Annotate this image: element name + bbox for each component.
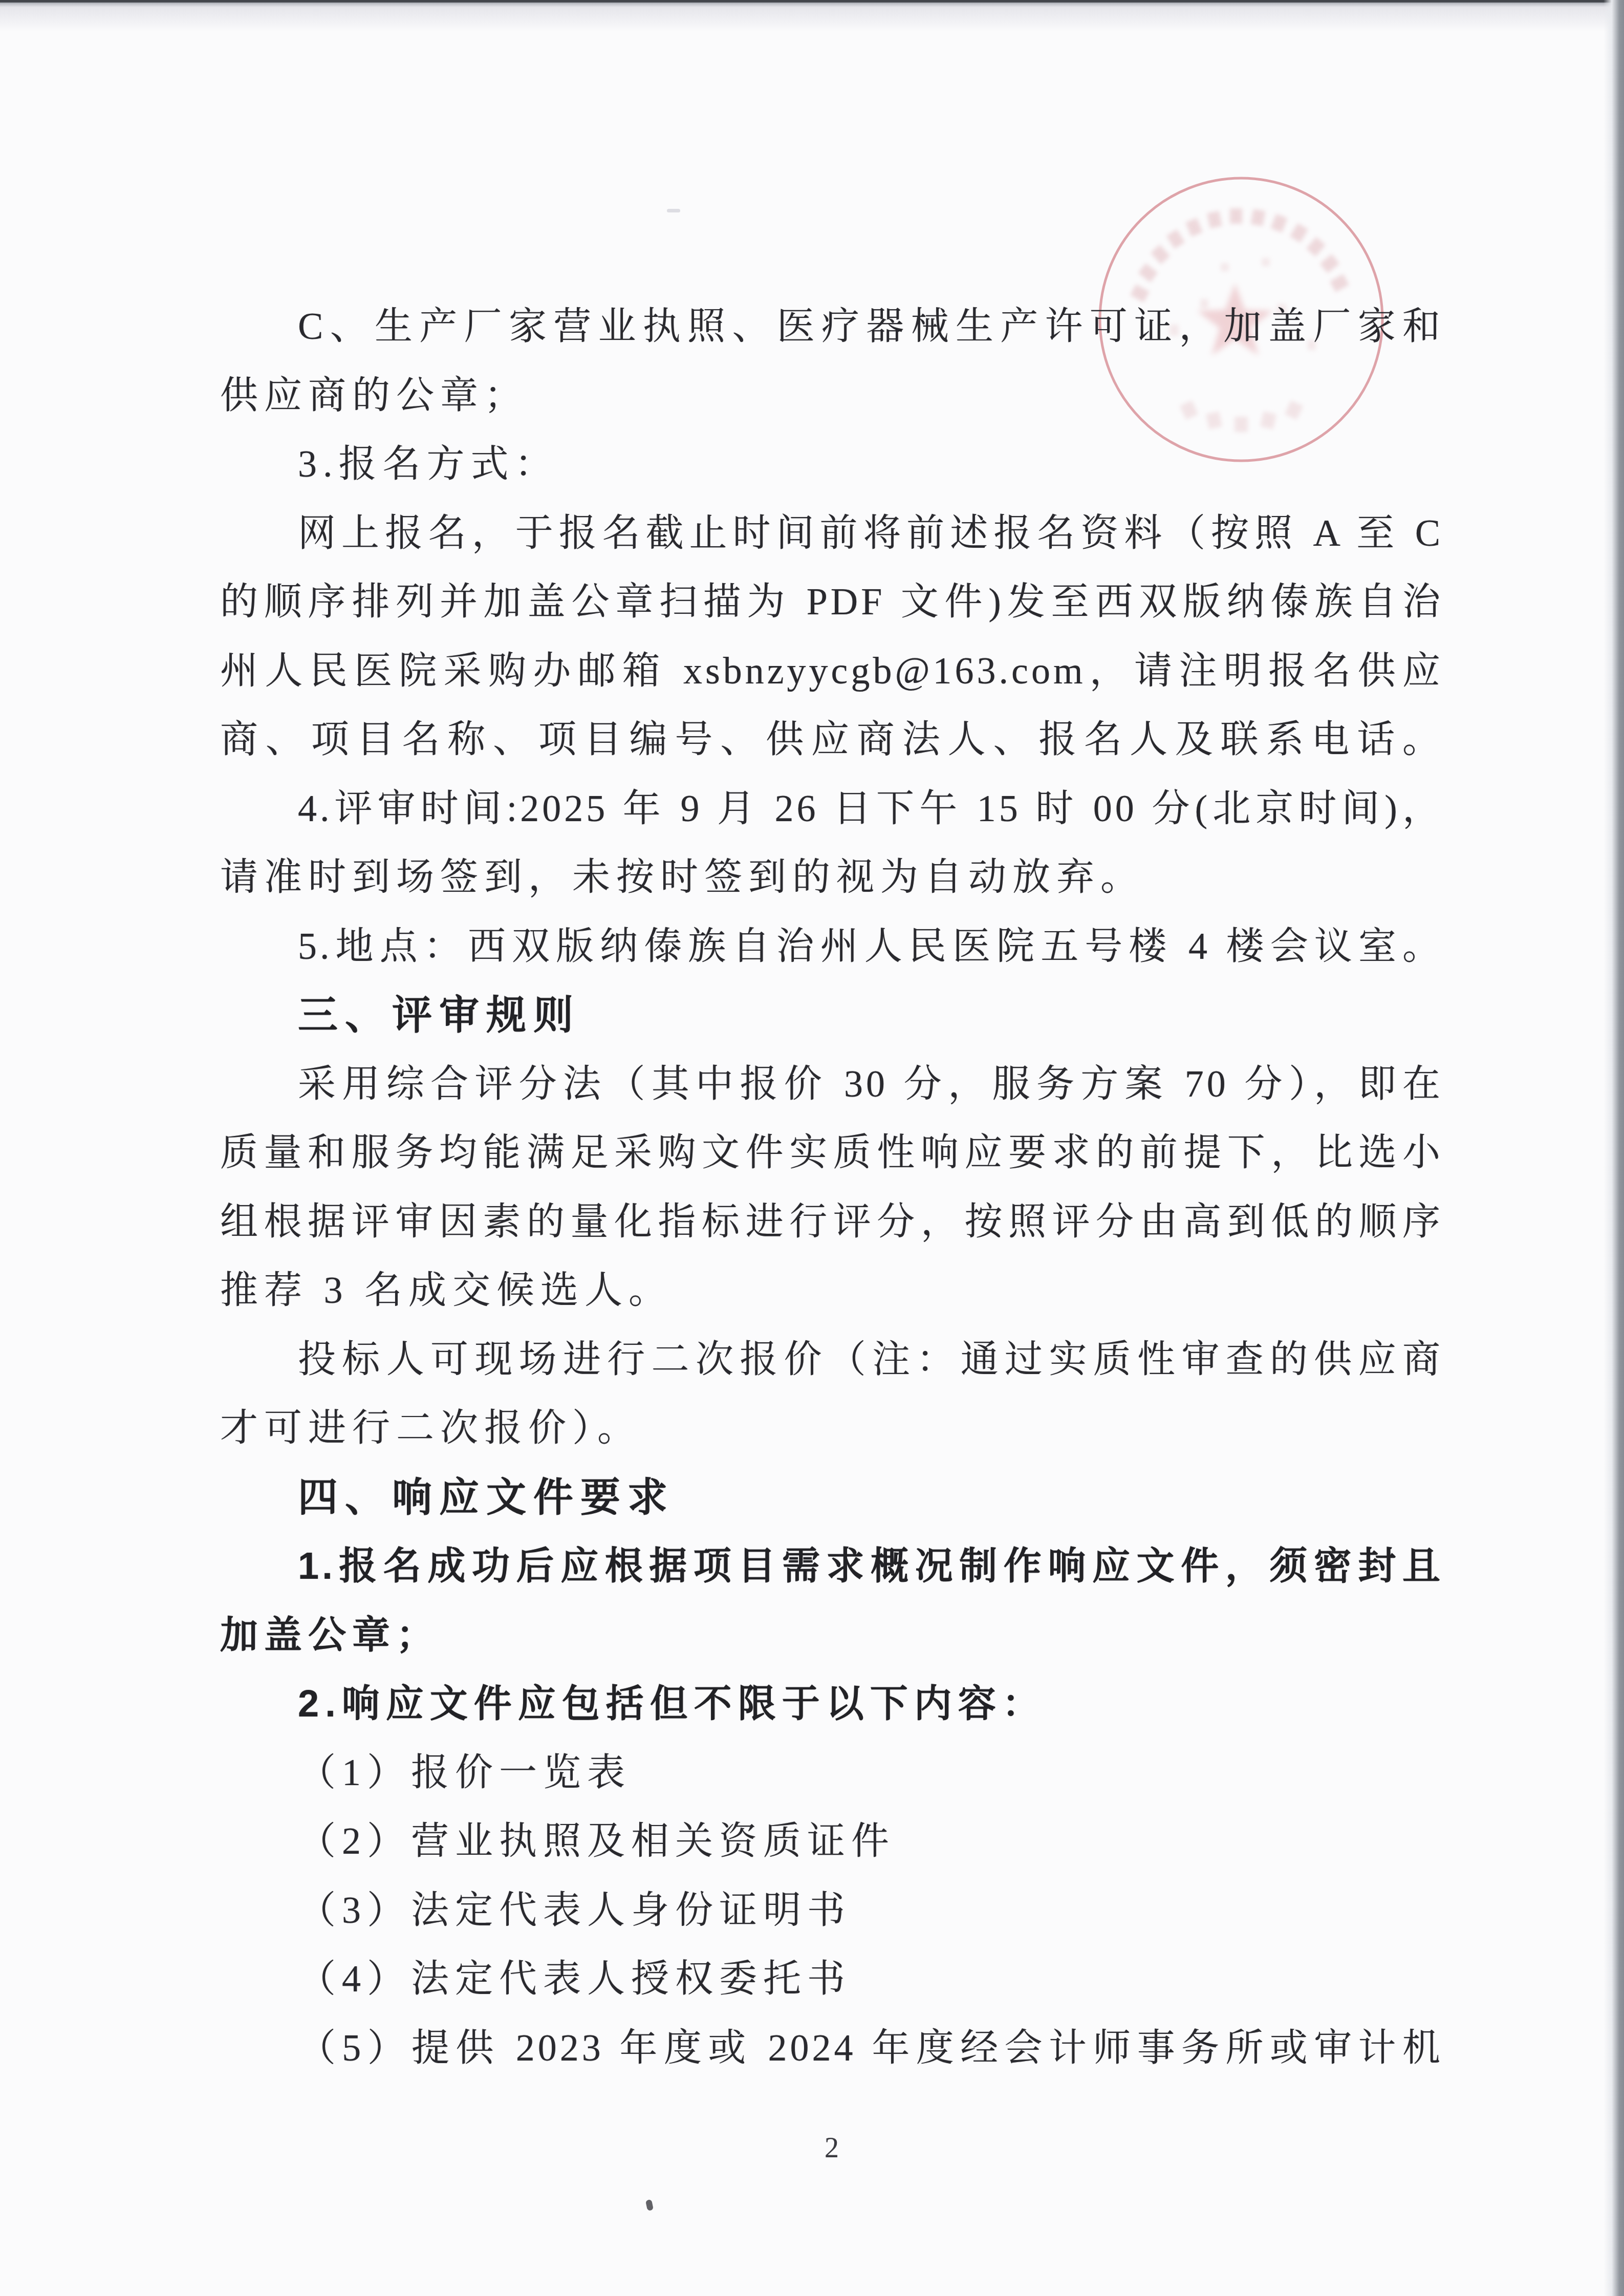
document-line: 3.报名方式： <box>220 430 1443 499</box>
document-page: C、生产厂家营业执照、医疗器械生产许可证，加盖厂家和供应商的公章；3.报名方式：… <box>0 0 1624 2296</box>
document-line: 推荐 3 名成交候选人。 <box>220 1256 1443 1325</box>
seal-arc-text-smudge <box>1130 208 1349 303</box>
document-line: 质量和服务均能满足采购文件实质性响应要求的前提下，比选小 <box>220 1119 1443 1188</box>
smudge-mark <box>667 209 680 212</box>
document-line: 四、响应文件要求 <box>220 1463 1443 1532</box>
ink-speck <box>645 2199 654 2211</box>
document-line: 4.评审时间:2025 年 9 月 26 日下午 15 时 00 分(北京时间)… <box>220 775 1443 844</box>
document-line: C、生产厂家营业执照、医疗器械生产许可证，加盖厂家和 <box>220 292 1443 361</box>
document-line: 采用综合评分法（其中报价 30 分，服务方案 70 分），即在 <box>220 1050 1443 1119</box>
document-line: 1.报名成功后应根据项目需求概况制作响应文件，须密封且 <box>220 1532 1443 1601</box>
document-line: 网上报名，于报名截止时间前将前述报名资料（按照 A 至 C <box>220 499 1443 568</box>
document-line: 加盖公章； <box>220 1601 1443 1670</box>
document-line: （2）营业执照及相关资质证件 <box>220 1807 1443 1876</box>
document-line: 5.地点：西双版纳傣族自治州人民医院五号楼 4 楼会议室。 <box>220 912 1443 981</box>
text-block: C、生产厂家营业执照、医疗器械生产许可证，加盖厂家和供应商的公章；3.报名方式：… <box>220 292 1443 2083</box>
document-line: （1）报价一览表 <box>220 1739 1443 1808</box>
page-number: 2 <box>220 2129 1443 2168</box>
document-line: 才可进行二次报价）。 <box>220 1394 1443 1463</box>
scan-edge-top <box>0 0 1624 32</box>
document-line: （4）法定代表人授权委托书 <box>220 1945 1443 2014</box>
document-line: （3）法定代表人身份证明书 <box>220 1876 1443 1945</box>
document-line: 的顺序排列并加盖公章扫描为 PDF 文件)发至西双版纳傣族自治 <box>220 568 1443 637</box>
scan-edge-right <box>1604 0 1624 2296</box>
document-line: （5）提供 2023 年度或 2024 年度经会计师事务所或审计机 <box>220 2014 1443 2083</box>
document-line: 组根据评审因素的量化指标进行评分，按照评分由高到低的顺序 <box>220 1188 1443 1257</box>
document-line: 州人民医院采购办邮箱 xsbnzyycgb@163.com，请注明报名供应 <box>220 637 1443 706</box>
document-line: 2.响应文件应包括但不限于以下内容： <box>220 1669 1443 1739</box>
document-line: 商、项目名称、项目编号、供应商法人、报名人及联系电话。 <box>220 705 1443 775</box>
document-line: 请准时到场签到，未按时签到的视为自动放弃。 <box>220 843 1443 912</box>
document-line: 供应商的公章； <box>220 361 1443 431</box>
document-line: 三、评审规则 <box>220 981 1443 1050</box>
document-line: 投标人可现场进行二次报价（注：通过实质性审查的供应商 <box>220 1325 1443 1394</box>
